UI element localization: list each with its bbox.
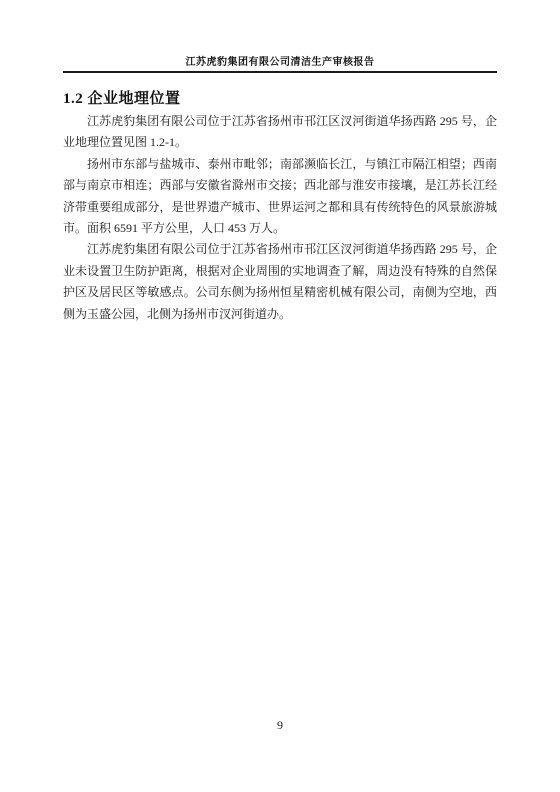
paragraph-company-location: 江苏虎豹集团有限公司位于江苏省扬州市邗江区汊河街道华扬西路 295 号，企业地理…: [63, 111, 497, 154]
paragraph-yangzhou-overview: 扬州市东部与盐城市、泰州市毗邻；南部濒临长江，与镇江市隔江相望；西南部与南京市相…: [63, 154, 497, 240]
page-footer: 9: [63, 718, 497, 733]
section-heading: 1.2 企业地理位置: [63, 87, 181, 108]
document-page: 江苏虎豹集团有限公司清洁生产审核报告 1.2 企业地理位置 江苏虎豹集团有限公司…: [0, 0, 560, 792]
document-body: 江苏虎豹集团有限公司位于江苏省扬州市邗江区汊河街道华扬西路 295 号，企业地理…: [63, 111, 497, 325]
page-number: 9: [277, 718, 283, 732]
paragraph-surroundings: 江苏虎豹集团有限公司位于江苏省扬州市邗江区汊河街道华扬西路 295 号，企业未设…: [63, 239, 497, 325]
page-header-title: 江苏虎豹集团有限公司清洁生产审核报告: [63, 53, 497, 68]
page-header-rule: [63, 71, 497, 73]
